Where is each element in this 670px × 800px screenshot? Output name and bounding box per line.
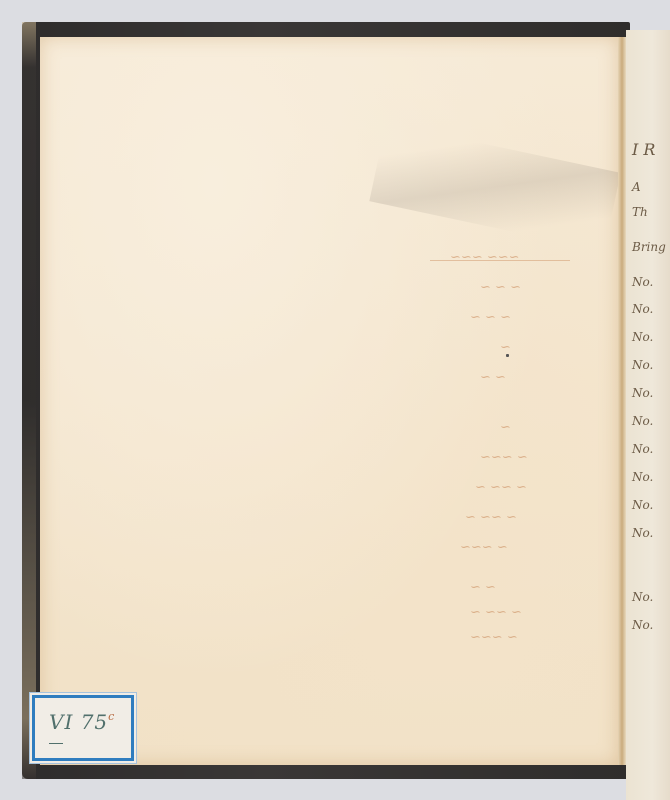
facing-line: No. <box>632 618 653 632</box>
offset-line: ~ ~~ ~ <box>465 510 517 525</box>
shelf-label: VI 75c <box>32 695 134 761</box>
pencil-smudge <box>369 123 620 251</box>
shelf-mark: VI 75c <box>49 710 115 734</box>
facing-line: A <box>632 180 641 194</box>
facing-page: I R A Th Bring No. No. No. No. No. No. N… <box>626 30 670 800</box>
shelf-mark-underline <box>49 743 63 744</box>
facing-line: No. <box>632 386 653 400</box>
offset-line: ~ <box>500 340 511 355</box>
cover-worn-edge <box>22 22 36 779</box>
book-gutter <box>618 37 626 765</box>
offset-line: ~ ~~~ <box>460 540 508 555</box>
offset-writing: ~~~ ~~~ ~ ~ ~ ~ ~ ~ ~ ~ ~ ~ ~ ~~~ ~ ~~ ~… <box>430 250 590 640</box>
facing-line: No. <box>632 526 653 540</box>
facing-line: No. <box>632 330 653 344</box>
facing-line: No. <box>632 358 653 372</box>
offset-line: ~~~ ~~~ <box>450 250 520 265</box>
facing-line: No. <box>632 470 653 484</box>
facing-line: Th <box>632 205 648 219</box>
facing-line: No. <box>632 302 653 316</box>
facing-line: No. <box>632 442 653 456</box>
facing-line: No. <box>632 414 653 428</box>
offset-line: ~ ~~~ <box>470 630 518 645</box>
offset-line: ~ ~ <box>470 580 496 595</box>
offset-line: ~ ~ ~ <box>470 310 511 325</box>
facing-line: Bring <box>632 240 666 254</box>
facing-line: I R <box>632 140 655 159</box>
offset-line: ~ ~~~ <box>480 450 528 465</box>
shelf-mark-number: VI 75 <box>49 710 108 734</box>
ink-speck <box>506 354 509 357</box>
offset-line: ~ <box>500 420 511 435</box>
offset-line: ~ ~ <box>480 370 506 385</box>
offset-line: ~ ~~ ~ <box>470 605 522 620</box>
facing-line: No. <box>632 498 653 512</box>
facing-line: No. <box>632 275 653 289</box>
offset-line: ~ ~ ~ <box>480 280 521 295</box>
facing-line: No. <box>632 590 653 604</box>
offset-line: ~ ~~ ~ <box>475 480 527 495</box>
shelf-mark-suffix: c <box>108 710 115 723</box>
